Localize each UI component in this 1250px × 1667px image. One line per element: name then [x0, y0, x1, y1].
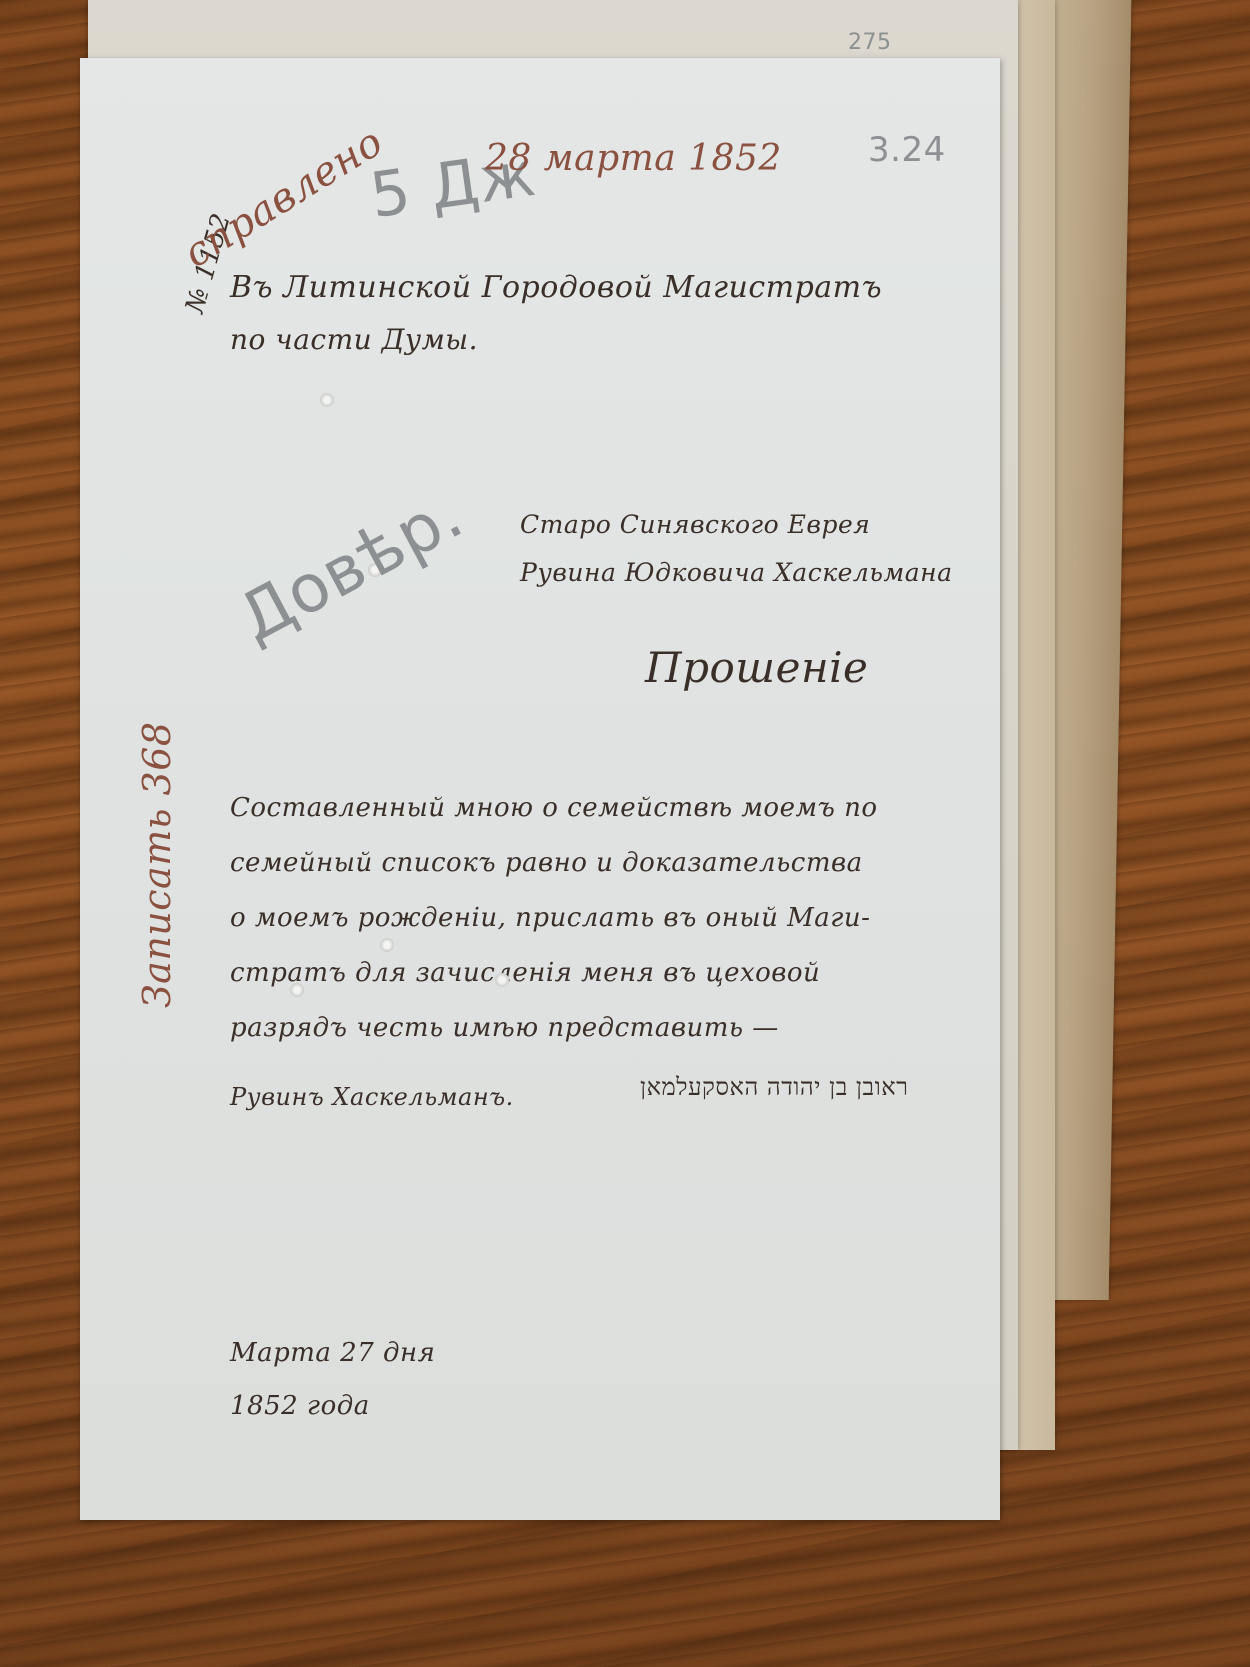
margin-note-vertical: Записать 368 [135, 721, 179, 1008]
document-title: Прошеніе [645, 643, 868, 692]
addressee-line-2: по части Думы. [230, 323, 478, 356]
binding-hole [320, 393, 334, 407]
date-line-2: 1852 года [230, 1391, 370, 1421]
back-sheet-folio: 275 [848, 30, 892, 55]
petitioner-line-1: Старо Синявского Еврея [520, 510, 870, 539]
resolution-note: справлено [176, 119, 391, 277]
received-date: 28 марта 1852 [485, 138, 782, 179]
body-line-3: о моемъ рожденіи, прислать въ оный Маги- [230, 903, 870, 933]
body-line-5: разрядъ честь имѣю представить — [230, 1013, 779, 1043]
addressee-line-1: Въ Литинской Городовой Магистратъ [230, 270, 882, 305]
petition-page: № 1152 справлено 5 Дж 28 марта 1852 3.24… [80, 58, 1000, 1520]
folio-number: 3.24 [868, 130, 946, 170]
body-line-1: Составленный мною о семействѣ моемъ по [230, 793, 878, 823]
pencil-mark-middle: Довѣр. [226, 476, 475, 657]
binding-hole [290, 983, 304, 997]
signature-russian: Рувинъ Хаскельманъ. [230, 1083, 514, 1111]
signature-hebrew: ראובן בן יהודה האסקעלמאן [640, 1073, 908, 1102]
body-line-4: стратъ для зачисленія меня въ цеховой [230, 958, 820, 988]
body-line-2: семейный списокъ равно и доказательства [230, 848, 863, 878]
binding-hole [495, 973, 509, 987]
binding-hole [380, 938, 394, 952]
petitioner-line-2: Рувина Юдковича Хаскельмана [520, 558, 952, 587]
date-line-1: Марта 27 дня [230, 1338, 435, 1368]
